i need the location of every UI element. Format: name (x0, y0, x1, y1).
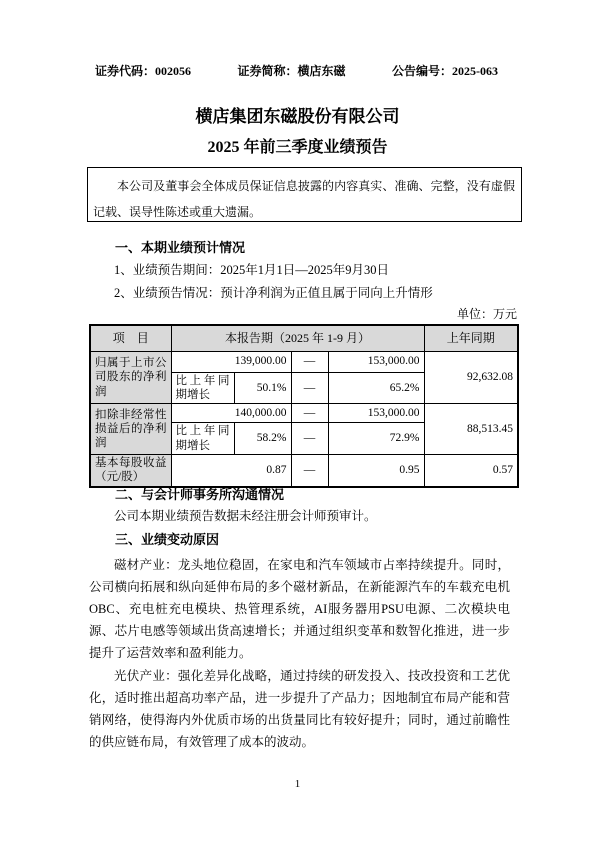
cell-range-dash: — (291, 455, 328, 487)
cell-deducted-profit-label: 扣除非经常性损益后的净利润 (90, 404, 171, 455)
stock-name: 证券简称：横店东磁 (238, 62, 346, 79)
cell-growth-low: 58.2% (234, 423, 291, 455)
cell-deducted-profit-high: 153,000.00 (328, 404, 424, 423)
header-item: 项 目 (90, 325, 171, 351)
cell-net-profit-label: 归属于上市公司股东的净利润 (90, 351, 171, 404)
cell-eps-label: 基本每股收益（元/股） (90, 455, 171, 487)
disclaimer-box: 本公司及董事会全体成员保证信息披露的内容真实、准确、完整，没有虚假记载、误导性陈… (87, 167, 522, 222)
cell-range-dash: — (291, 351, 328, 372)
unit-note: 单位：万元 (89, 305, 517, 322)
forecast-period-line: 1、业绩预告期间：2025年1月1日—2025年9月30日 (89, 260, 510, 278)
section1-heading: 一、本期业绩预计情况 (115, 237, 245, 256)
cell-net-profit-high: 153,000.00 (328, 351, 424, 372)
company-title: 横店集团东磁股份有限公司 (0, 102, 595, 127)
page-number: 1 (0, 778, 595, 790)
cell-deducted-profit-low: 140,000.00 (171, 404, 291, 423)
section3-heading: 三、业绩变动原因 (115, 529, 219, 548)
cell-range-dash: — (291, 423, 328, 455)
cell-growth-high: 65.2% (328, 372, 424, 404)
cell-growth-high: 72.9% (328, 423, 424, 455)
forecast-table: 项 目 本报告期（2025 年 1-9 月） 上年同期 归属于上市公司股东的净利… (89, 324, 519, 488)
cell-net-profit-prior: 92,632.08 (424, 351, 518, 404)
header-prior-period: 上年同期 (424, 325, 518, 351)
document-page: 证券代码：002056 证券简称：横店东磁 公告编号：2025-063 横店集团… (0, 0, 595, 841)
forecast-situation-line: 2、业绩预告情况：预计净利润为正值且属于同向上升情形 (89, 283, 510, 301)
cell-deducted-profit-prior: 88,513.45 (424, 404, 518, 455)
cell-eps-prior: 0.57 (424, 455, 518, 487)
cell-growth-label: 比上年同期增长 (171, 423, 234, 455)
cell-range-dash: — (291, 372, 328, 404)
audit-note: 公司本期业绩预告数据未经注册会计师预审计。 (89, 506, 510, 524)
cell-net-profit-low: 139,000.00 (171, 351, 291, 372)
table-row: 扣除非经常性损益后的净利润 140,000.00 — 153,000.00 88… (90, 404, 518, 423)
cell-growth-low: 50.1% (234, 372, 291, 404)
header-current-period: 本报告期（2025 年 1-9 月） (171, 325, 424, 351)
report-subtitle: 2025 年前三季度业绩预告 (0, 134, 595, 157)
table-row: 归属于上市公司股东的净利润 139,000.00 — 153,000.00 92… (90, 351, 518, 372)
announcement-number: 公告编号：2025-063 (392, 62, 498, 79)
section2-heading: 二、与会计师事务所沟通情况 (115, 484, 284, 503)
doc-header: 证券代码：002056 证券简称：横店东磁 公告编号：2025-063 (95, 62, 498, 79)
cell-growth-label: 比上年同期增长 (171, 372, 234, 404)
disclaimer-text: 本公司及董事会全体成员保证信息披露的内容真实、准确、完整，没有虚假记载、误导性陈… (93, 173, 515, 225)
cell-eps-high: 0.95 (328, 455, 424, 487)
photovoltaic-industry-paragraph: 光伏产业：强化差异化战略，通过持续的研发投入、技改投资和工艺优化，适时推出超高功… (89, 665, 510, 753)
stock-code: 证券代码：002056 (95, 62, 191, 79)
table-row: 基本每股收益（元/股） 0.87 — 0.95 0.57 (90, 455, 518, 487)
magnetic-industry-paragraph: 磁材产业：龙头地位稳固，在家电和汽车领域市占率持续提升。同时，公司横向拓展和纵向… (89, 554, 510, 664)
cell-eps-low: 0.87 (171, 455, 291, 487)
cell-range-dash: — (291, 404, 328, 423)
table-header-row: 项 目 本报告期（2025 年 1-9 月） 上年同期 (90, 325, 518, 351)
